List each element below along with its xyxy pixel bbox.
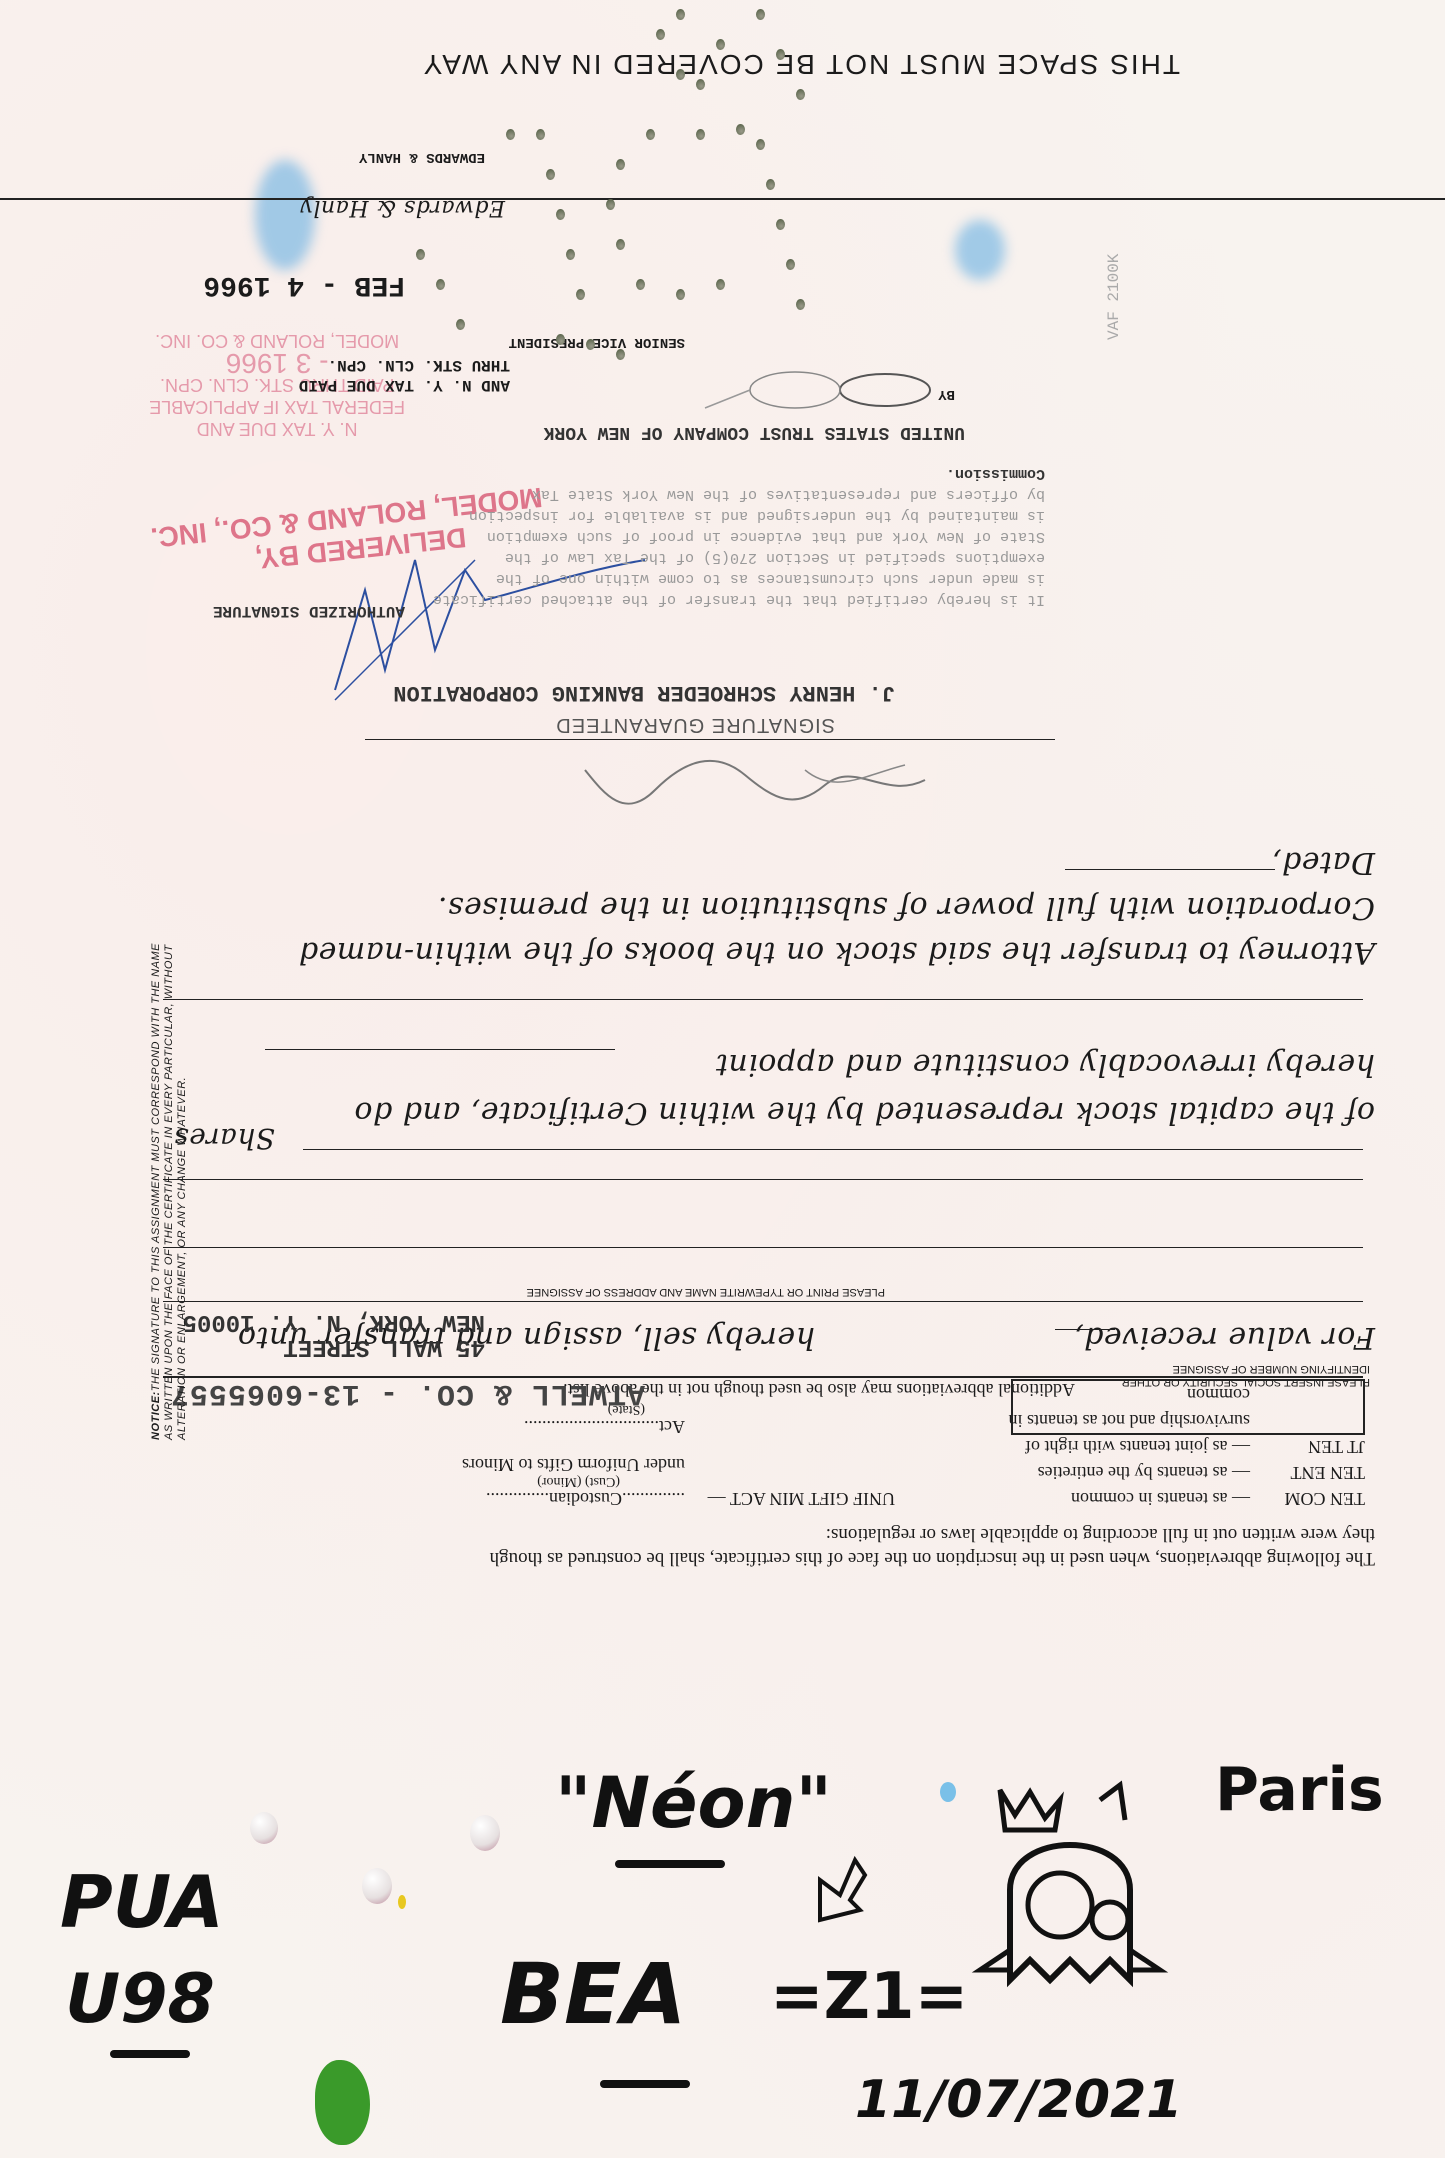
corporation-text: Corporation with full power of substitut… — [438, 890, 1376, 925]
perforation-hole — [766, 179, 775, 190]
green-paint-splash — [315, 2060, 370, 2145]
pua-underline — [110, 2050, 190, 2058]
tag-bea: BEA — [500, 1945, 686, 2043]
tag-pua: PUA — [60, 1860, 224, 1944]
shares-line — [303, 1149, 1363, 1150]
blue-paint-dot — [940, 1782, 956, 1802]
header-notice: THIS SPACE MUST NOT BE COVERED IN ANY WA… — [422, 48, 1180, 80]
tag-u98: U98 — [65, 1960, 215, 2039]
tag-z1: =Z1= — [770, 1960, 968, 2034]
perforation-hole — [586, 339, 595, 350]
perforation-hole — [756, 9, 765, 20]
yellow-paint-dot — [398, 1895, 406, 1909]
perforation-hole — [416, 249, 425, 260]
assignee-rule-2 — [163, 1301, 1363, 1302]
authorized-signature-label: AUTHORIZED SIGNATURE — [213, 602, 405, 620]
for-value-received: For value received, — [1074, 1320, 1375, 1355]
attorney-line-2 — [163, 999, 1363, 1000]
perforation-hole — [716, 279, 725, 290]
unif-gift-label: UNIF GIFT MIN ACT — — [708, 1486, 895, 1512]
perforation-hole — [566, 249, 575, 260]
perforation-hole — [776, 49, 785, 60]
senior-vp-title: SENIOR VICE PRESIDENT — [509, 334, 685, 350]
white-paint-drip — [362, 1868, 392, 1904]
abbreviations-intro-2: they were written out in full according … — [490, 1522, 1375, 1546]
for-value-rule — [1055, 1329, 1115, 1330]
assignee-street: 45 WALL STREET — [283, 1333, 485, 1360]
tax-stamp-black: AND N. Y. TAX DUE PAID THRU STK. CLN. CP… — [299, 355, 510, 395]
abbr-ten-com-desc: — as tenants in common — [1071, 1486, 1250, 1512]
dated-label: Dated, — [1272, 845, 1376, 880]
blank-line-2 — [163, 1179, 1363, 1180]
perforation-hole — [646, 129, 655, 140]
perforation-hole — [556, 209, 565, 220]
tax-exemption-paragraph: It is hereby certified that the transfer… — [433, 463, 1045, 610]
signature-guaranteed-label: SIGNATURE GUARANTEED — [555, 713, 835, 736]
assignee-city: NEW YORK, N. Y. 10005 — [183, 1308, 485, 1335]
perforation-hole — [546, 169, 555, 180]
perforation-hole — [696, 129, 705, 140]
perforation-hole — [676, 9, 685, 20]
perforation-hole — [696, 79, 705, 90]
abbreviations-block: The following abbreviations, when used i… — [490, 1522, 1375, 1570]
transfer-agent-company: UNITED STATES TRUST COMPANY OF NEW YORK — [544, 422, 965, 442]
white-paint-drip — [250, 1812, 278, 1844]
perforation-hole — [576, 289, 585, 300]
certificate-reverse: The following abbreviations, when used i… — [0, 0, 1445, 1740]
print-name-label: PLEASE PRINT OR TYPEWRITE NAME AND ADDRE… — [527, 1286, 885, 1298]
dated-line — [1065, 869, 1275, 870]
broker-stamp: EDWARDS & HANLY — [359, 149, 485, 165]
abbr-jt-ten: JT TEN — [1308, 1434, 1365, 1460]
perforation-hole — [786, 259, 795, 270]
perforation-hole — [556, 334, 565, 345]
assignee-name: ATWELL & CO. - 13-6065557 — [170, 1376, 645, 1410]
vice-president-signature — [675, 360, 935, 420]
perforation-hole — [736, 124, 745, 135]
capital-stock-text: of the capital stock represented by the … — [354, 1095, 1375, 1130]
under-uniform-label: under Uniform Gifts to Minors — [462, 1452, 685, 1478]
perforation-hole — [456, 319, 465, 330]
arrow-drawing — [810, 1850, 870, 1930]
crowned-ghost-drawing — [960, 1770, 1190, 2010]
tag-date: 11/07/2021 — [855, 2070, 1182, 2130]
perforation-hole — [676, 69, 685, 80]
seller-signature — [565, 740, 945, 820]
assignee-rule-1 — [163, 1376, 1363, 1378]
bea-underline — [600, 2080, 690, 2088]
white-paint-drip — [470, 1815, 500, 1851]
signature-notice: NOTICE:THE SIGNATURE TO THIS ASSIGNMENT … — [150, 943, 189, 1440]
perforation-hole — [796, 299, 805, 310]
abbr-ten-ent-desc: — as tenants by the entireties — [1038, 1460, 1250, 1486]
by-label: BY — [938, 386, 955, 402]
perforation-hole — [676, 289, 685, 300]
perforation-hole — [536, 129, 545, 140]
attorney-name-line — [265, 1049, 615, 1050]
signature-line — [365, 739, 1055, 740]
perforation-hole — [776, 219, 785, 230]
perforation-hole — [656, 29, 665, 40]
perforation-hole — [436, 279, 445, 290]
abbreviations-intro-1: The following abbreviations, when used i… — [490, 1546, 1375, 1570]
perforation-hole — [716, 39, 725, 50]
abbr-ten-ent: TEN ENT — [1291, 1460, 1365, 1486]
perforation-hole — [756, 139, 765, 150]
perforation-hole — [606, 199, 615, 210]
perforation-hole — [796, 89, 805, 100]
date-stamp: FEB - 4 1966 — [203, 269, 405, 300]
side-code: VAF 2100K — [1105, 254, 1123, 340]
perforation-hole — [616, 159, 625, 170]
perforation-hole — [636, 279, 645, 290]
perforation-hole — [506, 129, 515, 140]
blank-line-1 — [163, 1247, 1363, 1248]
abbr-ten-com: TEN COM — [1285, 1486, 1366, 1512]
ssn-box-final[interactable] — [1011, 1379, 1365, 1435]
hereby-appoint-text: hereby irrevocably constitute and appoin… — [715, 1047, 1375, 1082]
tag-neon: "Néon" — [555, 1762, 832, 1844]
tag-paris: Paris — [1215, 1755, 1384, 1825]
space-divider-line — [0, 198, 1445, 200]
act-line: Act.............................. — [524, 1414, 685, 1440]
neon-underline — [615, 1860, 725, 1868]
perforation-hole — [616, 349, 625, 360]
perforation-hole — [616, 239, 625, 250]
attorney-text: Attorney to transfer the said stock on t… — [298, 935, 1375, 970]
